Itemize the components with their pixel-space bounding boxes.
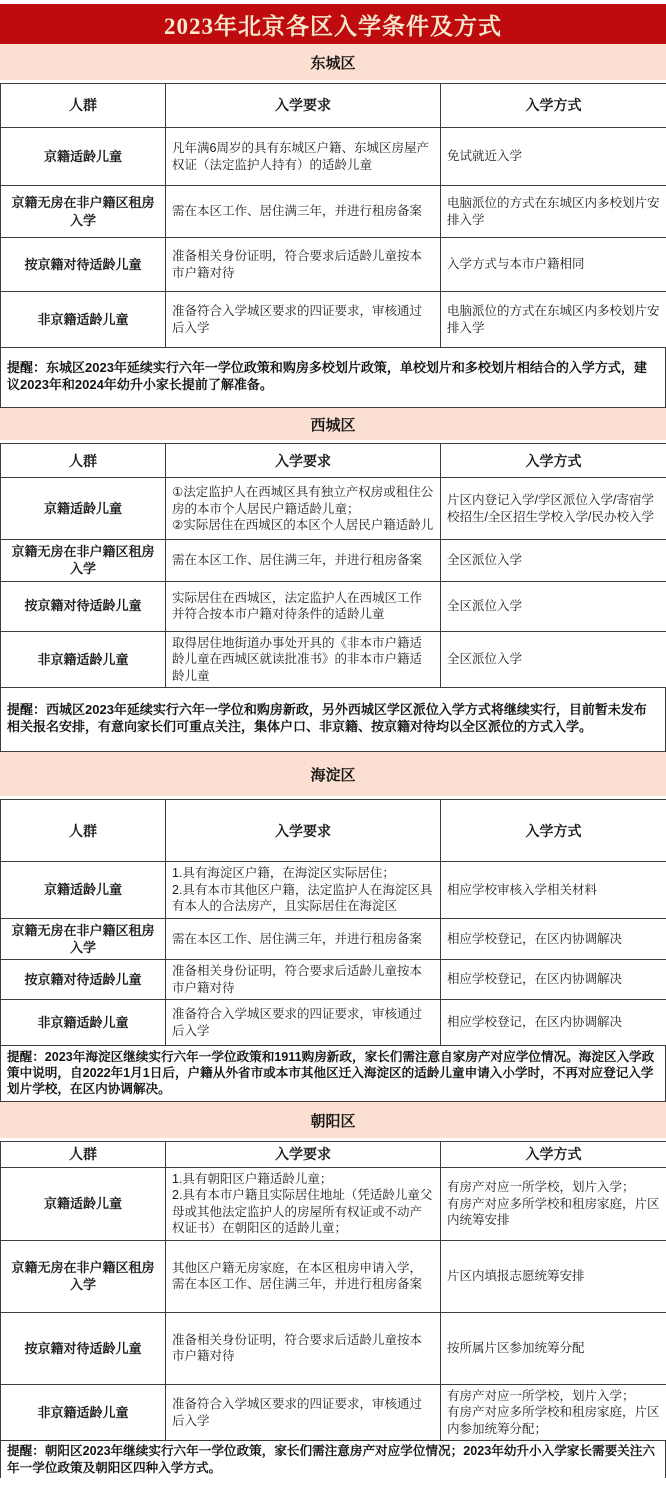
group-cell: 按京籍对待适龄儿童 [1, 238, 166, 292]
group-cell: 按京籍对待适龄儿童 [1, 1312, 166, 1384]
method-cell: 相应学校登记，在区内协调解决 [441, 918, 666, 959]
requirement-cell: 需在本区工作、居住满三年，并进行租房备案 [166, 918, 441, 959]
reminder-note: 提醒：朝阳区2023年继续实行六年一学位政策，家长们需注意房产对应学位情况；20… [0, 1440, 666, 1477]
requirement-cell: 凡年满6周岁的具有东城区户籍、东城区房屋产权证（法定监护人持有）的适龄儿童 [166, 128, 441, 186]
district-name: 朝阳区 [310, 1110, 355, 1131]
method-cell: 电脑派位的方式在东城区内多校划片安排入学 [441, 292, 666, 348]
group-cell: 京籍适龄儿童 [1, 128, 166, 186]
requirement-cell: 1.具有朝阳区户籍适龄儿童； 2.具有本市户籍且实际居住地址（凭适龄儿童父母或其… [166, 1167, 441, 1240]
district-section-dongcheng: 东城区 人群 入学要求 入学方式 京籍适龄儿童 凡年满6周岁的具有东城区户籍、东… [0, 44, 666, 408]
table-row: 京籍适龄儿童 凡年满6周岁的具有东城区户籍、东城区房屋产权证（法定监护人持有）的… [1, 128, 666, 186]
table-row: 按京籍对待适龄儿童 准备相关身份证明，符合要求后适龄儿童按本市户籍对待 相应学校… [1, 960, 666, 1000]
requirement-cell: 准备相关身份证明，符合要求后适龄儿童按本市户籍对待 [166, 1312, 441, 1384]
method-cell: 全区派位入学 [441, 631, 666, 688]
reminder-note: 提醒：2023年海淀区继续实行六年一学位政策和1911购房新政，家长们需注意自家… [0, 1045, 666, 1102]
table-row: 按京籍对待适龄儿童 实际居住在西城区，法定监护人在西城区工作并符合按本市户籍对待… [1, 581, 666, 631]
table-row: 京籍无房在非户籍区租房入学 其他区户籍无房家庭，在本区租房申请入学，需在本区工作… [1, 1240, 666, 1312]
requirement-cell: 准备相关身份证明，符合要求后适龄儿童按本市户籍对待 [166, 960, 441, 1000]
enrollment-table: 人群 入学要求 入学方式 京籍适龄儿童 凡年满6周岁的具有东城区户籍、东城区房屋… [0, 83, 666, 348]
table-row: 京籍无房在非户籍区租房入学 需在本区工作、居住满三年，并进行租房备案 全区派位入… [1, 540, 666, 581]
column-header-group: 人群 [1, 84, 166, 128]
district-section-chaoyang: 朝阳区 人群 入学要求 入学方式 京籍适龄儿童 1.具有朝阳区户籍适龄儿童； 2… [0, 1102, 666, 1477]
group-cell: 按京籍对待适龄儿童 [1, 581, 166, 631]
column-header-method: 入学方式 [441, 800, 666, 862]
group-cell: 按京籍对待适龄儿童 [1, 960, 166, 1000]
method-cell: 免试就近入学 [441, 128, 666, 186]
table-header-row: 人群 入学要求 入学方式 [1, 444, 666, 478]
table-row: 京籍适龄儿童 1.具有海淀区户籍，在海淀区实际居住； 2.具有本市其他区户籍，法… [1, 862, 666, 919]
table-row: 按京籍对待适龄儿童 准备相关身份证明，符合要求后适龄儿童按本市户籍对待 按所属片… [1, 1312, 666, 1384]
enrollment-table: 人群 入学要求 入学方式 京籍适龄儿童 1.具有海淀区户籍，在海淀区实际居住； … [0, 799, 666, 1046]
column-header-method: 入学方式 [441, 1142, 666, 1167]
column-header-group: 人群 [1, 444, 166, 478]
table-row: 京籍适龄儿童 1.具有朝阳区户籍适龄儿童； 2.具有本市户籍且实际居住地址（凭适… [1, 1167, 666, 1240]
column-header-group: 人群 [1, 1142, 166, 1167]
requirement-cell: 取得居住地街道办事处开具的《非本市户籍适龄儿童在西城区就读批准书》的非本市户籍适… [166, 631, 441, 688]
group-cell: 京籍无房在非户籍区租房入学 [1, 540, 166, 581]
table-row: 非京籍适龄儿童 准备符合入学城区要求的四证要求，审核通过后入学 电脑派位的方式在… [1, 292, 666, 348]
requirement-cell: 实际居住在西城区，法定监护人在西城区工作并符合按本市户籍对待条件的适龄儿童 [166, 581, 441, 631]
district-band: 海淀区 [0, 752, 666, 796]
column-header-group: 人群 [1, 800, 166, 862]
method-cell: 按所属片区参加统筹分配 [441, 1312, 666, 1384]
page-title: 2023年北京各区入学条件及方式 [164, 8, 502, 41]
table-row: 京籍无房在非户籍区租房入学 需在本区工作、居住满三年，并进行租房备案 电脑派位的… [1, 186, 666, 238]
district-name: 东城区 [310, 52, 355, 73]
requirement-cell: 准备符合入学城区要求的四证要求，审核通过后入学 [166, 1384, 441, 1441]
group-cell: 非京籍适龄儿童 [1, 1384, 166, 1441]
column-header-requirement: 入学要求 [166, 1142, 441, 1167]
district-name: 海淀区 [310, 764, 355, 785]
method-cell: 片区内登记入学/学区派位入学/寄宿学校招生/全区招生学校入学/民办校入学 [441, 478, 666, 540]
reminder-note: 提醒：西城区2023年延续实行六年一学位和购房新政，另外西城区学区派位入学方式将… [0, 687, 666, 752]
group-cell: 京籍适龄儿童 [1, 478, 166, 540]
group-cell: 京籍适龄儿童 [1, 1167, 166, 1240]
method-cell: 相应学校登记，在区内协调解决 [441, 960, 666, 1000]
table-header-row: 人群 入学要求 入学方式 [1, 800, 666, 862]
column-header-requirement: 入学要求 [166, 444, 441, 478]
table-row: 非京籍适龄儿童 取得居住地街道办事处开具的《非本市户籍适龄儿童在西城区就读批准书… [1, 631, 666, 688]
group-cell: 京籍无房在非户籍区租房入学 [1, 1240, 166, 1312]
requirement-cell: 1.具有海淀区户籍，在海淀区实际居住； 2.具有本市其他区户籍，法定监护人在海淀… [166, 862, 441, 919]
requirement-cell: 准备符合入学城区要求的四证要求，审核通过后入学 [166, 1000, 441, 1046]
method-cell: 相应学校登记，在区内协调解决 [441, 1000, 666, 1046]
column-header-method: 入学方式 [441, 444, 666, 478]
requirement-cell: 准备符合入学城区要求的四证要求，审核通过后入学 [166, 292, 441, 348]
district-band: 西城区 [0, 408, 666, 440]
method-cell: 电脑派位的方式在东城区内多校划片安排入学 [441, 186, 666, 238]
district-band: 东城区 [0, 44, 666, 80]
group-cell: 京籍无房在非户籍区租房入学 [1, 186, 166, 238]
group-cell: 非京籍适龄儿童 [1, 1000, 166, 1046]
group-cell: 非京籍适龄儿童 [1, 631, 166, 688]
district-section-haidian: 海淀区 人群 入学要求 入学方式 京籍适龄儿童 1.具有海淀区户籍，在海淀区实际… [0, 752, 666, 1102]
requirement-cell: 准备相关身份证明，符合要求后适龄儿童按本市户籍对待 [166, 238, 441, 292]
column-header-requirement: 入学要求 [166, 84, 441, 128]
method-cell: 有房产对应一所学校，划片入学； 有房产对应多所学校和租房家庭，片区内参加统筹分配… [441, 1384, 666, 1441]
group-cell: 京籍适龄儿童 [1, 862, 166, 919]
requirement-cell: 需在本区工作、居住满三年，并进行租房备案 [166, 186, 441, 238]
method-cell: 有房产对应一所学校，划片入学； 有房产对应多所学校和租房家庭，片区内统筹安排 [441, 1167, 666, 1240]
infographic-page: 2023年北京各区入学条件及方式 东城区 人群 入学要求 入学方式 京籍适龄儿童… [0, 4, 666, 1478]
method-cell: 片区内填报志愿统筹安排 [441, 1240, 666, 1312]
district-band: 朝阳区 [0, 1102, 666, 1138]
requirement-cell: 其他区户籍无房家庭，在本区租房申请入学，需在本区工作、居住满三年，并进行租房备案 [166, 1240, 441, 1312]
table-header-row: 人群 入学要求 入学方式 [1, 84, 666, 128]
reminder-note: 提醒：东城区2023年延续实行六年一学位政策和购房多校划片政策，单校划片和多校划… [0, 347, 666, 408]
method-cell: 入学方式与本市户籍相同 [441, 238, 666, 292]
district-section-xicheng: 西城区 人群 入学要求 入学方式 京籍适龄儿童 ①法定监护人在西城区具有独立产权… [0, 408, 666, 752]
column-header-method: 入学方式 [441, 84, 666, 128]
district-name: 西城区 [310, 414, 355, 435]
group-cell: 非京籍适龄儿童 [1, 292, 166, 348]
enrollment-table: 人群 入学要求 入学方式 京籍适龄儿童 ①法定监护人在西城区具有独立产权房或租住… [0, 443, 666, 688]
table-row: 京籍无房在非户籍区租房入学 需在本区工作、居住满三年，并进行租房备案 相应学校登… [1, 918, 666, 959]
title-banner: 2023年北京各区入学条件及方式 [0, 4, 666, 44]
table-header-row: 人群 入学要求 入学方式 [1, 1142, 666, 1167]
table-row: 非京籍适龄儿童 准备符合入学城区要求的四证要求，审核通过后入学 有房产对应一所学… [1, 1384, 666, 1441]
table-row: 非京籍适龄儿童 准备符合入学城区要求的四证要求，审核通过后入学 相应学校登记，在… [1, 1000, 666, 1046]
requirement-cell: 需在本区工作、居住满三年，并进行租房备案 [166, 540, 441, 581]
method-cell: 全区派位入学 [441, 581, 666, 631]
table-row: 京籍适龄儿童 ①法定监护人在西城区具有独立产权房或租住公房的本市个人居民户籍适龄… [1, 478, 666, 540]
group-cell: 京籍无房在非户籍区租房入学 [1, 918, 166, 959]
method-cell: 相应学校审核入学相关材料 [441, 862, 666, 919]
requirement-cell: ①法定监护人在西城区具有独立产权房或租住公房的本市个人居民户籍适龄儿童； ②实际… [166, 478, 441, 540]
enrollment-table: 人群 入学要求 入学方式 京籍适龄儿童 1.具有朝阳区户籍适龄儿童； 2.具有本… [0, 1141, 666, 1441]
table-row: 按京籍对待适龄儿童 准备相关身份证明，符合要求后适龄儿童按本市户籍对待 入学方式… [1, 238, 666, 292]
column-header-requirement: 入学要求 [166, 800, 441, 862]
method-cell: 全区派位入学 [441, 540, 666, 581]
